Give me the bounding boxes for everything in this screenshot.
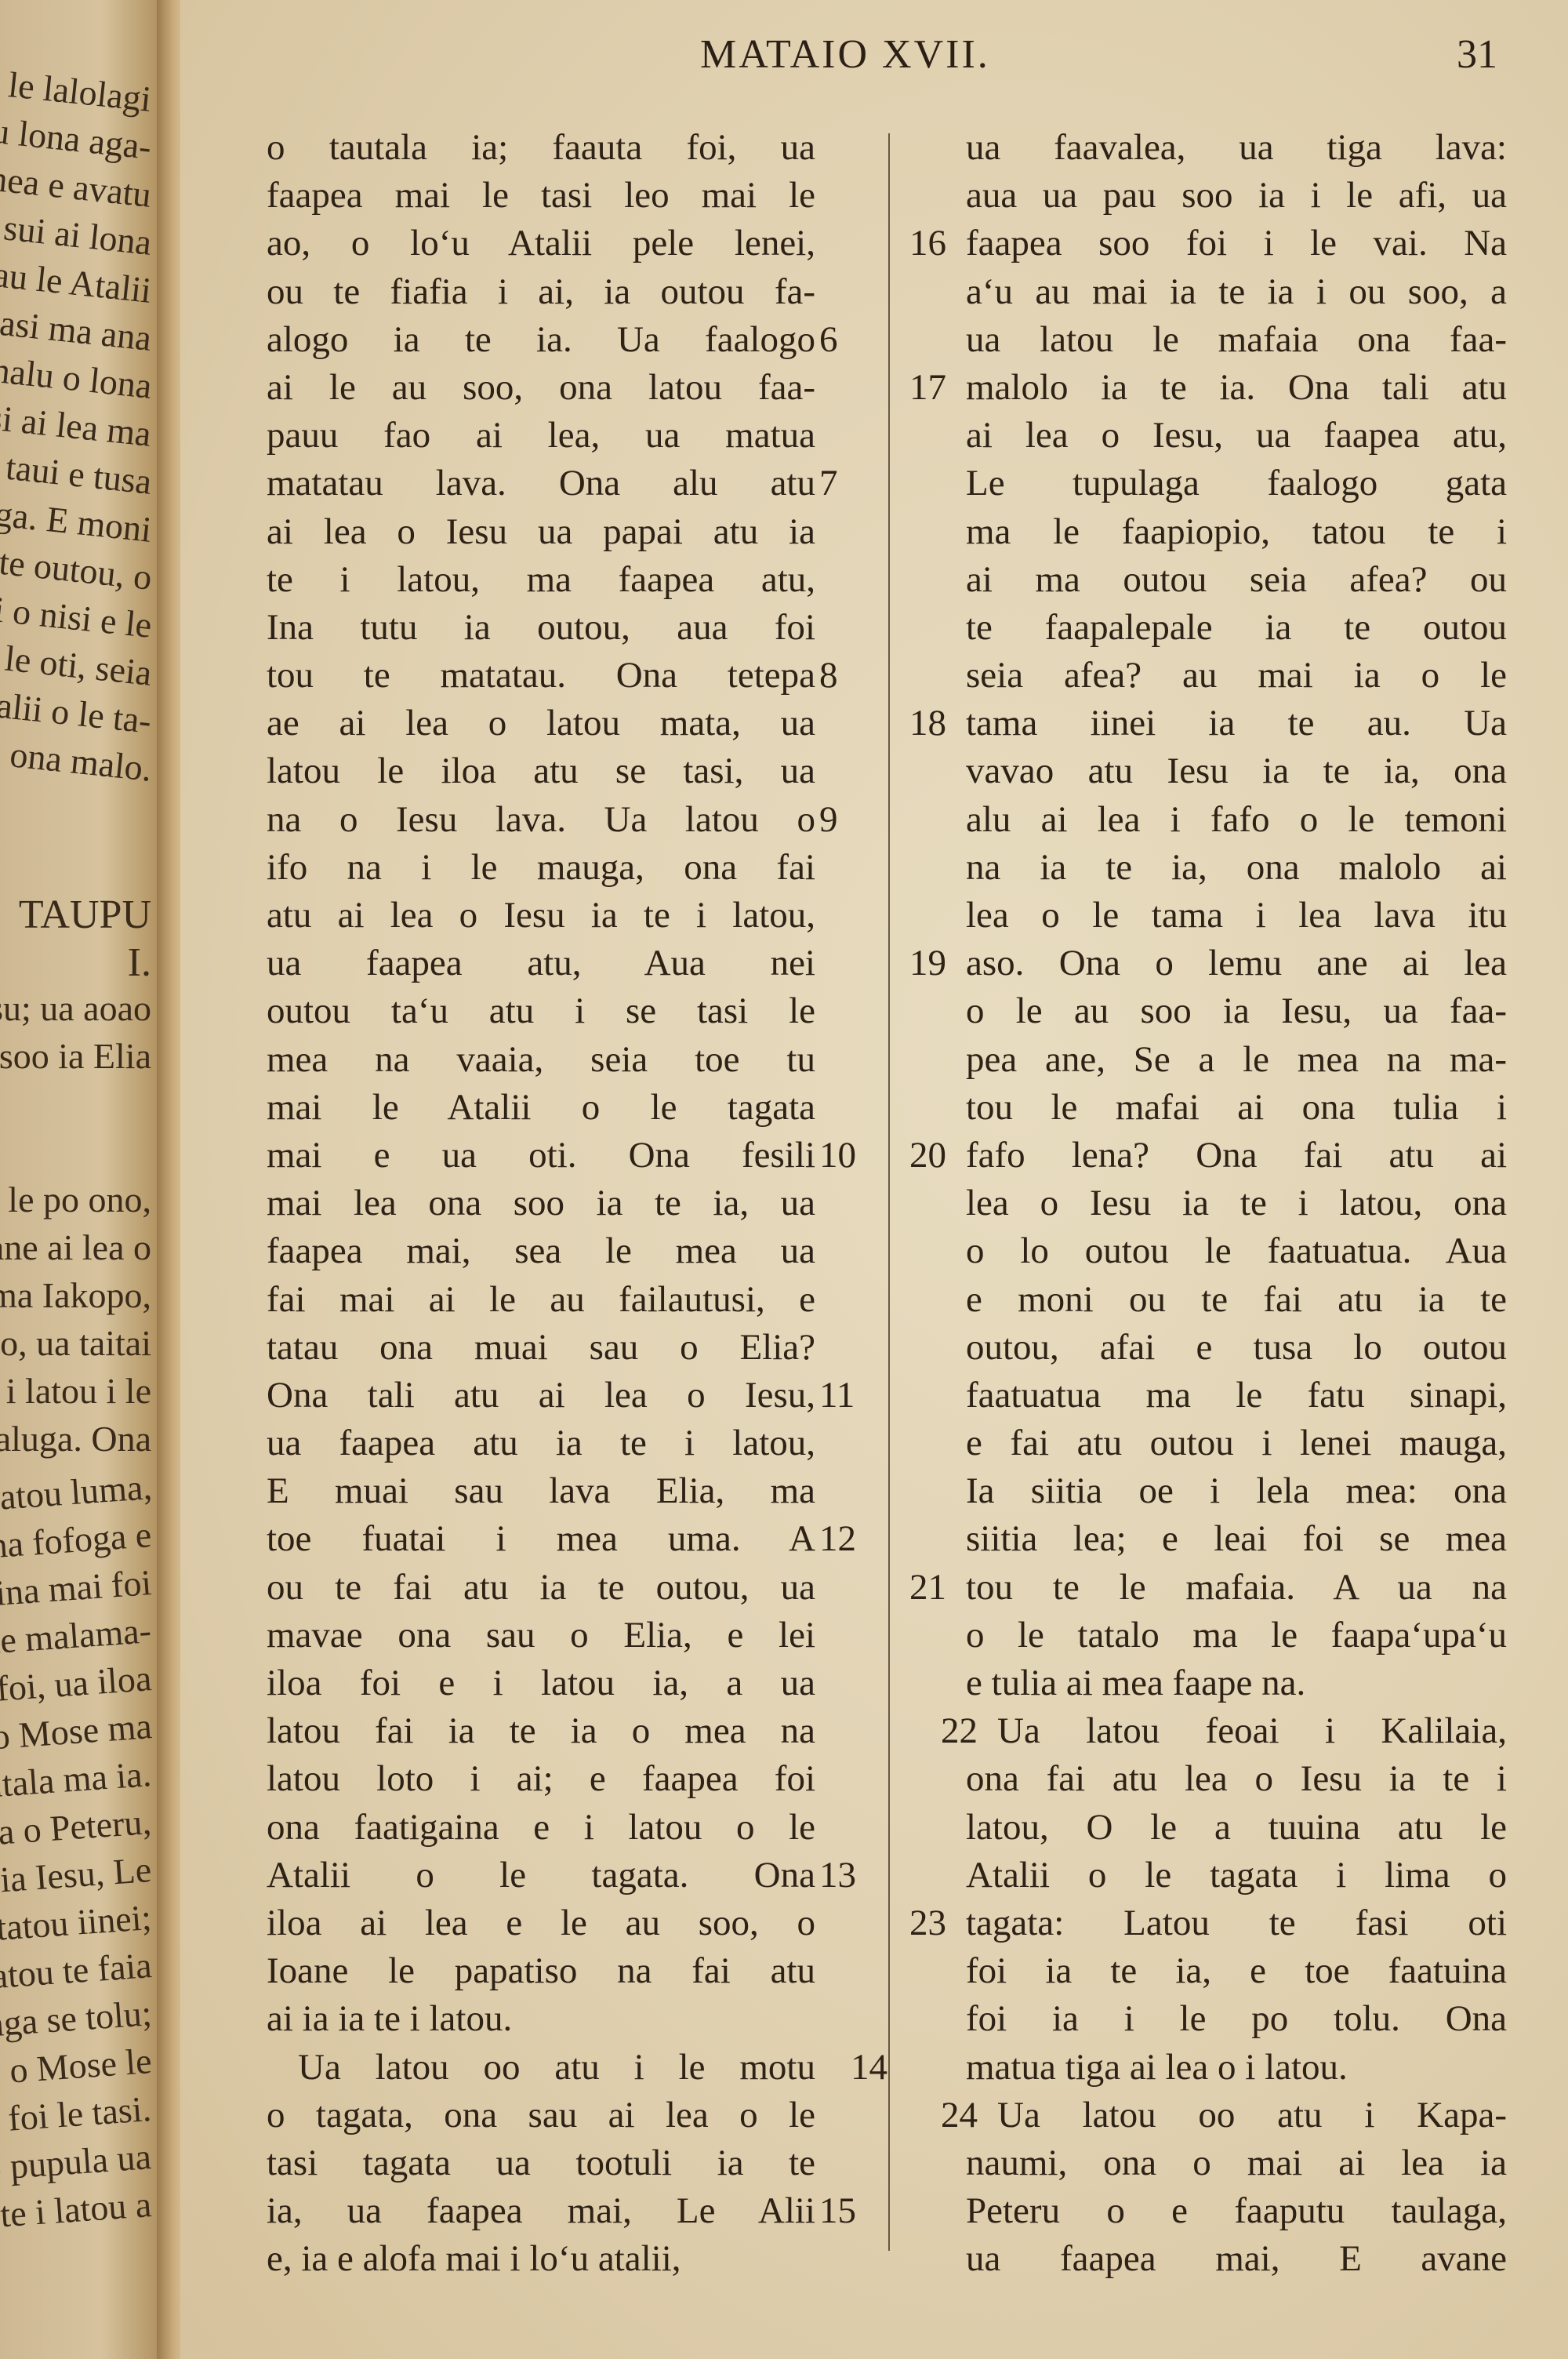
text-line: seia afea? au mai ia o le: [966, 652, 1507, 700]
text-line: ma le faapiopio, tatou te i: [966, 508, 1507, 556]
text-line: fai mai ai le au failautusi, e: [267, 1276, 815, 1324]
facing-page-line: u le po ono,: [0, 1179, 151, 1220]
text-line: Ua latou oo atu i Kapa-24: [966, 2092, 1507, 2139]
line-text: outou, afai e tusa lo outou: [966, 1327, 1507, 1368]
line-text: faatuatua ma le fatu sinapi,: [966, 1375, 1507, 1416]
line-text: fai mai ai le au failautusi, e: [267, 1279, 815, 1320]
text-line: tasi tagata ua tootuli ia te: [267, 2139, 815, 2187]
text-line: tou le mafai ai ona tulia i: [966, 1084, 1507, 1132]
text-line: latou fai ia te ia o mea na: [267, 1707, 815, 1755]
line-text: Atalii o le tagata. Ona: [267, 1855, 815, 1896]
facing-page-line: aluga. Ona: [0, 1418, 151, 1459]
line-text: vavao atu Iesu ia te ia, ona: [966, 751, 1507, 791]
line-text: ai ia ia te i latou.: [267, 1998, 512, 2039]
facing-page-line: sui ai lona: [2, 206, 154, 263]
line-text: ua latou le mafaia ona faa-: [966, 319, 1507, 360]
verse-number: 15: [819, 2187, 856, 2235]
text-line: mai e ua oti. Ona fesili10: [267, 1132, 815, 1179]
line-text: ae ai lea o latou mata, ua: [267, 703, 815, 743]
text-line: Ioane le papatiso na fai atu: [267, 1947, 815, 1995]
text-line: ona faatigaina e i latou o le: [267, 1804, 815, 1852]
facing-page-line: le malama-: [0, 1609, 153, 1662]
text-line: ifo na i le mauga, ona fai: [267, 844, 815, 892]
line-text: pea ane, Se a le mea na ma-: [966, 1039, 1507, 1080]
line-text: tou le mafai ai ona tulia i: [966, 1087, 1507, 1128]
line-text: faapea mai le tasi leo mai le: [267, 175, 815, 216]
text-line: tatau ona muai sau o Elia?: [267, 1324, 815, 1372]
line-text: siitia lea; e leai foi se mea: [966, 1518, 1507, 1559]
text-line: ua latou le mafaia ona faa-: [966, 316, 1507, 364]
facing-page-line: isina mai foi: [0, 1561, 153, 1616]
line-text: mai lea ona soo ia te ia, ua: [267, 1183, 815, 1223]
line-text: Ina tutu ia outou, aua foi: [267, 607, 815, 648]
line-text: ai lea o Iesu, ua faapea atu,: [966, 415, 1507, 456]
line-text: lea o Iesu ia te i latou, ona: [966, 1183, 1507, 1223]
text-line: aua ua pau soo ia i le afi, ua: [966, 172, 1507, 220]
line-text: o tautala ia; faauta foi, ua: [267, 127, 815, 168]
facing-page-line: o Mose ma: [0, 1705, 153, 1757]
text-line: matatau lava. Ona alu atu7: [267, 460, 815, 507]
facing-page-line: ua le lalolagi: [0, 59, 154, 120]
text-line: Ua latou feoai i Kalilaia,22: [966, 1707, 1507, 1755]
line-text: outou ta‘u atu i se tasi le: [267, 990, 815, 1031]
text-line: o le au soo ia Iesu, ua faa-: [966, 987, 1507, 1035]
text-line: Ona tali atu ai lea o Iesu,11: [267, 1372, 815, 1419]
left-column: o tautala ia; faauta foi, uafaapea mai l…: [267, 124, 815, 2283]
text-line: e, ia e alofa mai i lo‘u atalii,: [267, 2235, 815, 2283]
verse-number: 14: [819, 2044, 887, 2092]
facing-page-line: Iesu; ua aoao: [0, 987, 151, 1029]
text-line: mai le Atalii o le tagata: [267, 1084, 815, 1132]
line-text: tasi tagata ua tootuli ia te: [267, 2143, 815, 2183]
line-text: o lo outou le faatuatua. Aua: [966, 1230, 1507, 1271]
text-line: atu ai lea o Iesu ia te i latou,: [267, 892, 815, 940]
facing-page-line: ia Iesu, Le: [0, 1848, 153, 1900]
line-text: ai ma outou seia afea? ou: [966, 559, 1507, 600]
column-divider: [888, 133, 890, 2251]
text-line: na o Iesu lava. Ua latou o9: [267, 796, 815, 844]
line-text: ai le au soo, ona latou faa-: [267, 367, 815, 408]
facing-page-line: TAUPU: [19, 892, 151, 938]
facing-page-line: uso, ua taitai: [0, 1322, 151, 1364]
text-line: tou te le mafaia. A ua na21: [966, 1564, 1507, 1612]
line-text: mea na vaaia, seia toe tu: [267, 1039, 815, 1080]
text-line: te faapalepale ia te outou: [966, 604, 1507, 652]
line-text: alogo ia te ia. Ua faalogo: [267, 319, 815, 360]
text-line: ai ma outou seia afea? ou: [966, 556, 1507, 604]
line-text: ia, ua faapea mai, Le Alii: [267, 2190, 815, 2231]
line-text: e tulia ai mea faape na.: [966, 1663, 1305, 1703]
text-line: o lo outou le faatuatua. Aua: [966, 1227, 1507, 1275]
text-line: foi ia te ia, e toe faatuina: [966, 1947, 1507, 1995]
line-text: pauu fao ai lea, ua matua: [267, 415, 815, 456]
verse-number: 24: [909, 2092, 978, 2139]
line-text: o tagata, ona sau ai lea o le: [267, 2095, 815, 2135]
text-line: tama iinei ia te au. Ua18: [966, 700, 1507, 747]
line-text: fafo lena? Ona fai atu ai: [966, 1135, 1507, 1176]
line-text: ao, o lo‘u Atalii pele lenei,: [267, 223, 815, 264]
verse-number: 18: [909, 700, 946, 747]
line-text: ua faapea mai, E avane: [966, 2238, 1507, 2279]
text-line: iloa foi e i latou ia, a ua: [267, 1659, 815, 1707]
text-line: o tautala ia; faauta foi, ua: [267, 124, 815, 172]
text-line: aso. Ona o lemu ane ai lea19: [966, 940, 1507, 987]
text-line: e fai atu outou i lenei mauga,: [966, 1419, 1507, 1467]
running-head: MATAIO XVII.: [700, 31, 990, 78]
facing-page-line: o latou luma,: [0, 1466, 153, 1521]
verse-number: 11: [819, 1372, 855, 1419]
text-line: latou, O le a tuuina atu le: [966, 1804, 1507, 1852]
text-line: fafo lena? Ona fai atu ai20: [966, 1132, 1507, 1179]
line-text: E muai sau lava Elia, ma: [267, 1470, 815, 1511]
facing-page-line: tasi ma ana: [0, 301, 154, 359]
facing-page-line: atou te faia: [0, 1944, 153, 1997]
line-text: tou te matatau. Ona tetepa: [267, 655, 815, 696]
text-line: e tulia ai mea faape na.: [966, 1659, 1507, 1707]
line-text: Ioane le papatiso na fai atu: [267, 1950, 815, 1991]
text-line: ona fai atu lea o Iesu ia te i: [966, 1755, 1507, 1803]
text-line: foi ia i le po tolu. Ona: [966, 1995, 1507, 2043]
line-text: e moni ou te fai atu ia te: [966, 1279, 1507, 1320]
line-text: a‘u au mai ia te ia i ou soo, a: [966, 271, 1507, 312]
verse-number: 8: [819, 652, 838, 700]
line-text: faapea soo foi i le vai. Na: [966, 223, 1507, 264]
line-text: ona faatigaina e i latou o le: [267, 1807, 815, 1848]
text-line: o le tatalo ma le faapa‘upa‘u: [966, 1612, 1507, 1659]
text-line: latou loto i ai; e faapea foi: [267, 1755, 815, 1803]
text-line: ae ai lea o latou mata, ua: [267, 700, 815, 747]
text-line: mea na vaaia, seia toe tu: [267, 1036, 815, 1084]
text-line: ou te fiafia i ai, ia outou fa-: [267, 268, 815, 316]
line-text: ifo na i le mauga, ona fai: [267, 847, 815, 888]
line-text: faapea mai, sea le mea ua: [267, 1230, 815, 1271]
text-line: faatuatua ma le fatu sinapi,: [966, 1372, 1507, 1419]
verse-number: 7: [819, 460, 838, 507]
text-line: lea o Iesu ia te i latou, ona: [966, 1179, 1507, 1227]
line-text: Ua latou oo atu i Kapa-: [997, 2095, 1507, 2135]
text-line: toe fuatai i mea uma. A12: [267, 1515, 815, 1563]
verse-number: 6: [819, 316, 838, 364]
text-line: ao, o lo‘u Atalii pele lenei,: [267, 220, 815, 267]
line-text: naumi, ona o mai ai lea ia: [966, 2143, 1507, 2183]
line-text: iloa ai lea e le au soo, o: [267, 1903, 815, 1943]
text-line: E muai sau lava Elia, ma: [267, 1467, 815, 1515]
text-line: mavae ona sau o Elia, e lei: [267, 1612, 815, 1659]
line-text: latou loto i ai; e faapea foi: [267, 1758, 815, 1799]
line-text: aua ua pau soo ia i le afi, ua: [966, 175, 1507, 216]
text-line: ia, ua faapea mai, Le Alii15: [267, 2187, 815, 2235]
line-text: tagata: Latou te fasi oti: [966, 1903, 1507, 1943]
line-text: atu ai lea o Iesu ia te i latou,: [267, 895, 815, 936]
line-text: ou te fiafia i ai, ia outou fa-: [267, 271, 815, 312]
text-line: vavao atu Iesu ia te ia, ona: [966, 747, 1507, 795]
text-line: Ua latou oo atu i le motu14: [267, 2044, 815, 2092]
verse-number: 20: [909, 1132, 946, 1179]
text-line: tou te matatau. Ona tetepa8: [267, 652, 815, 700]
line-text: foi ia te ia, e toe faatuina: [966, 1950, 1507, 1991]
facing-page-line: nalu o lona: [0, 349, 154, 407]
text-line: e moni ou te fai atu ia te: [966, 1276, 1507, 1324]
facing-page-line: e i latou i le: [0, 1370, 151, 1412]
line-text: ua faavalea, ua tiga lava:: [966, 127, 1507, 168]
text-line: alogo ia te ia. Ua faalogo6: [267, 316, 815, 364]
text-line: tagata: Latou te fasi oti23: [966, 1899, 1507, 1947]
line-text: lea o le tama i lea lava itu: [966, 895, 1507, 936]
line-text: Ua latou oo atu i le motu: [298, 2047, 815, 2088]
line-text: iloa foi e i latou ia, a ua: [267, 1663, 815, 1703]
text-line: ua faapea atu ia te i latou,: [267, 1419, 815, 1467]
line-text: ma le faapiopio, tatou te i: [966, 511, 1507, 552]
text-line: faapea mai le tasi leo mai le: [267, 172, 815, 220]
text-line: ai ia ia te i latou.: [267, 1995, 815, 2043]
line-text: o le tatalo ma le faapa‘upa‘u: [966, 1615, 1507, 1656]
text-line: ua faapea atu, Aua nei: [267, 940, 815, 987]
text-line: mai lea ona soo ia te ia, ua: [267, 1179, 815, 1227]
text-line: Atalii o le tagata. Ona13: [267, 1852, 815, 1899]
text-line: faapea soo foi i le vai. Na16: [966, 220, 1507, 267]
line-text: ua faapea atu ia te i latou,: [267, 1423, 815, 1463]
line-text: matua tiga ai lea o i latou.: [966, 2047, 1348, 2088]
line-text: e fai atu outou i lenei mauga,: [966, 1423, 1507, 1463]
text-line: o tagata, ona sau ai lea o le: [267, 2092, 815, 2139]
verse-number: 9: [819, 796, 838, 844]
line-text: malolo ia te ia. Ona tali atu: [966, 367, 1507, 408]
facing-page-line: autala ma ia.: [0, 1753, 153, 1807]
text-line: a‘u au mai ia te ia i ou soo, a: [966, 268, 1507, 316]
line-text: matatau lava. Ona alu atu: [267, 463, 815, 503]
text-line: alu ai lea i fafo o le temoni: [966, 796, 1507, 844]
text-line: Peteru o e faaputu taulaga,: [966, 2187, 1507, 2235]
facing-page-line: a tatou iinei;: [0, 1896, 153, 1950]
text-line: outou, afai e tusa lo outou: [966, 1324, 1507, 1372]
verse-number: 22: [909, 1707, 978, 1755]
line-text: toe fuatai i mea uma. A: [267, 1518, 815, 1559]
text-line: pea ane, Se a le mea na ma-: [966, 1036, 1507, 1084]
verse-number: 10: [819, 1132, 856, 1179]
line-text: seia afea? au mai ia o le: [966, 655, 1507, 696]
verse-number: 21: [909, 1564, 946, 1612]
text-line: naumi, ona o mai ai lea ia: [966, 2139, 1507, 2187]
facing-page-line: foi le tasi.: [7, 2088, 153, 2139]
line-text: na ia te ia, ona malolo ai: [966, 847, 1507, 888]
facing-page-line: e o Mose le: [0, 2040, 153, 2093]
line-text: alu ai lea i fafo o le temoni: [966, 799, 1507, 840]
text-line: ai lea o Iesu, ua faapea atu,: [966, 412, 1507, 460]
line-text: mai e ua oti. Ona fesili: [267, 1135, 815, 1176]
text-line: na ia te ia, ona malolo ai: [966, 844, 1507, 892]
verse-number: 19: [909, 940, 946, 987]
line-text: mai le Atalii o le tagata: [267, 1087, 815, 1128]
verse-number: 13: [819, 1852, 856, 1899]
line-text: tatau ona muai sau o Elia?: [267, 1327, 815, 1368]
line-text: latou, O le a tuuina atu le: [966, 1807, 1507, 1848]
line-text: ou te fai atu ia te outou, ua: [267, 1567, 815, 1608]
line-text: e, ia e alofa mai i lo‘u atalii,: [267, 2238, 681, 2279]
facing-page-line: a soo ia Elia: [0, 1035, 151, 1077]
line-text: o le au soo ia Iesu, ua faa-: [966, 990, 1507, 1031]
facing-page-line: ona fofoga e: [0, 1514, 153, 1568]
text-line: Ia siitia oe i lela mea: ona: [966, 1467, 1507, 1515]
line-text: te i latou, ma faapea atu,: [267, 559, 815, 600]
page-number: 31: [1457, 31, 1497, 78]
facing-page-line: ma Iakopo,: [0, 1274, 151, 1316]
line-text: latou le iloa atu se tasi, ua: [267, 751, 815, 791]
text-line: malolo ia te ia. Ona tali atu17: [966, 364, 1507, 412]
facing-page-line: foi, ua iloa: [0, 1657, 153, 1710]
verse-number: 12: [819, 1515, 856, 1563]
text-line: Atalii o le tagata i lima o: [966, 1852, 1507, 1899]
text-line: ua faavalea, ua tiga lava:: [966, 124, 1507, 172]
text-line: Ina tutu ia outou, aua foi: [267, 604, 815, 652]
text-line: lea o le tama i lea lava itu: [966, 892, 1507, 940]
line-text: Ia siitia oe i lela mea: ona: [966, 1470, 1507, 1511]
text-line: ua faapea mai, E avane: [966, 2235, 1507, 2283]
line-text: ua faapea atu, Aua nei: [267, 943, 815, 983]
text-line: siitia lea; e leai foi se mea: [966, 1515, 1507, 1563]
text-line: ai lea o Iesu ua papai atu ia: [267, 508, 815, 556]
text-line: iloa ai lea e le au soo, o: [267, 1899, 815, 1947]
line-text: Ua latou feoai i Kalilaia,: [997, 1710, 1507, 1751]
line-text: na o Iesu lava. Ua latou o: [267, 799, 815, 840]
verse-number: 23: [909, 1899, 946, 1947]
line-text: ai lea o Iesu ua papai atu ia: [267, 511, 815, 552]
text-line: outou ta‘u atu i se tasi le: [267, 987, 815, 1035]
facing-page-line: te outou, o: [0, 541, 154, 598]
verse-number: 17: [909, 364, 946, 412]
line-text: ona fai atu lea o Iesu ia te i: [966, 1758, 1507, 1799]
line-text: foi ia i le po tolu. Ona: [966, 1998, 1507, 2039]
facing-page-line: taga se tolu;: [0, 1992, 153, 2045]
facing-page-edge: ua le lalolagiau lona aga-mea e avatusui…: [0, 0, 169, 2359]
line-text: Ona tali atu ai lea o Iesu,: [267, 1375, 815, 1416]
line-text: Atalii o le tagata i lima o: [966, 1855, 1507, 1896]
verse-number: 16: [909, 220, 946, 267]
facing-page-line: o pupula ua: [0, 2135, 153, 2189]
line-text: Le tupulaga faalogo gata: [966, 463, 1507, 503]
right-column: ua faavalea, ua tiga lava:aua ua pau soo…: [966, 124, 1507, 2283]
text-line: te i latou, ma faapea atu,: [267, 556, 815, 604]
line-text: Peteru o e faaputu taulaga,: [966, 2190, 1507, 2231]
line-text: aso. Ona o lemu ane ai lea: [966, 943, 1507, 983]
facing-page-line: lea o Peteru,: [0, 1801, 153, 1855]
line-text: mavae ona sau o Elia, e lei: [267, 1615, 815, 1656]
facing-page-line: ona malo.: [8, 733, 154, 790]
facing-page-line: ane ai lea o: [0, 1227, 151, 1268]
line-text: te faapalepale ia te outou: [966, 607, 1507, 648]
text-line: latou le iloa atu se tasi, ua: [267, 747, 815, 795]
text-line: pauu fao ai lea, ua matua: [267, 412, 815, 460]
facing-page-line: I.: [128, 940, 151, 986]
line-text: latou fai ia te ia o mea na: [267, 1710, 815, 1751]
text-line: ou te fai atu ia te outou, ua: [267, 1564, 815, 1612]
line-text: tama iinei ia te au. Ua: [966, 703, 1507, 743]
text-line: Le tupulaga faalogo gata: [966, 460, 1507, 507]
text-line: matua tiga ai lea o i latou.: [966, 2044, 1507, 2092]
text-line: ai le au soo, ona latou faa-: [267, 364, 815, 412]
line-text: tou te le mafaia. A ua na: [966, 1567, 1507, 1608]
facing-page-line: te i latou a: [0, 2183, 153, 2235]
text-line: faapea mai, sea le mea ua: [267, 1227, 815, 1275]
